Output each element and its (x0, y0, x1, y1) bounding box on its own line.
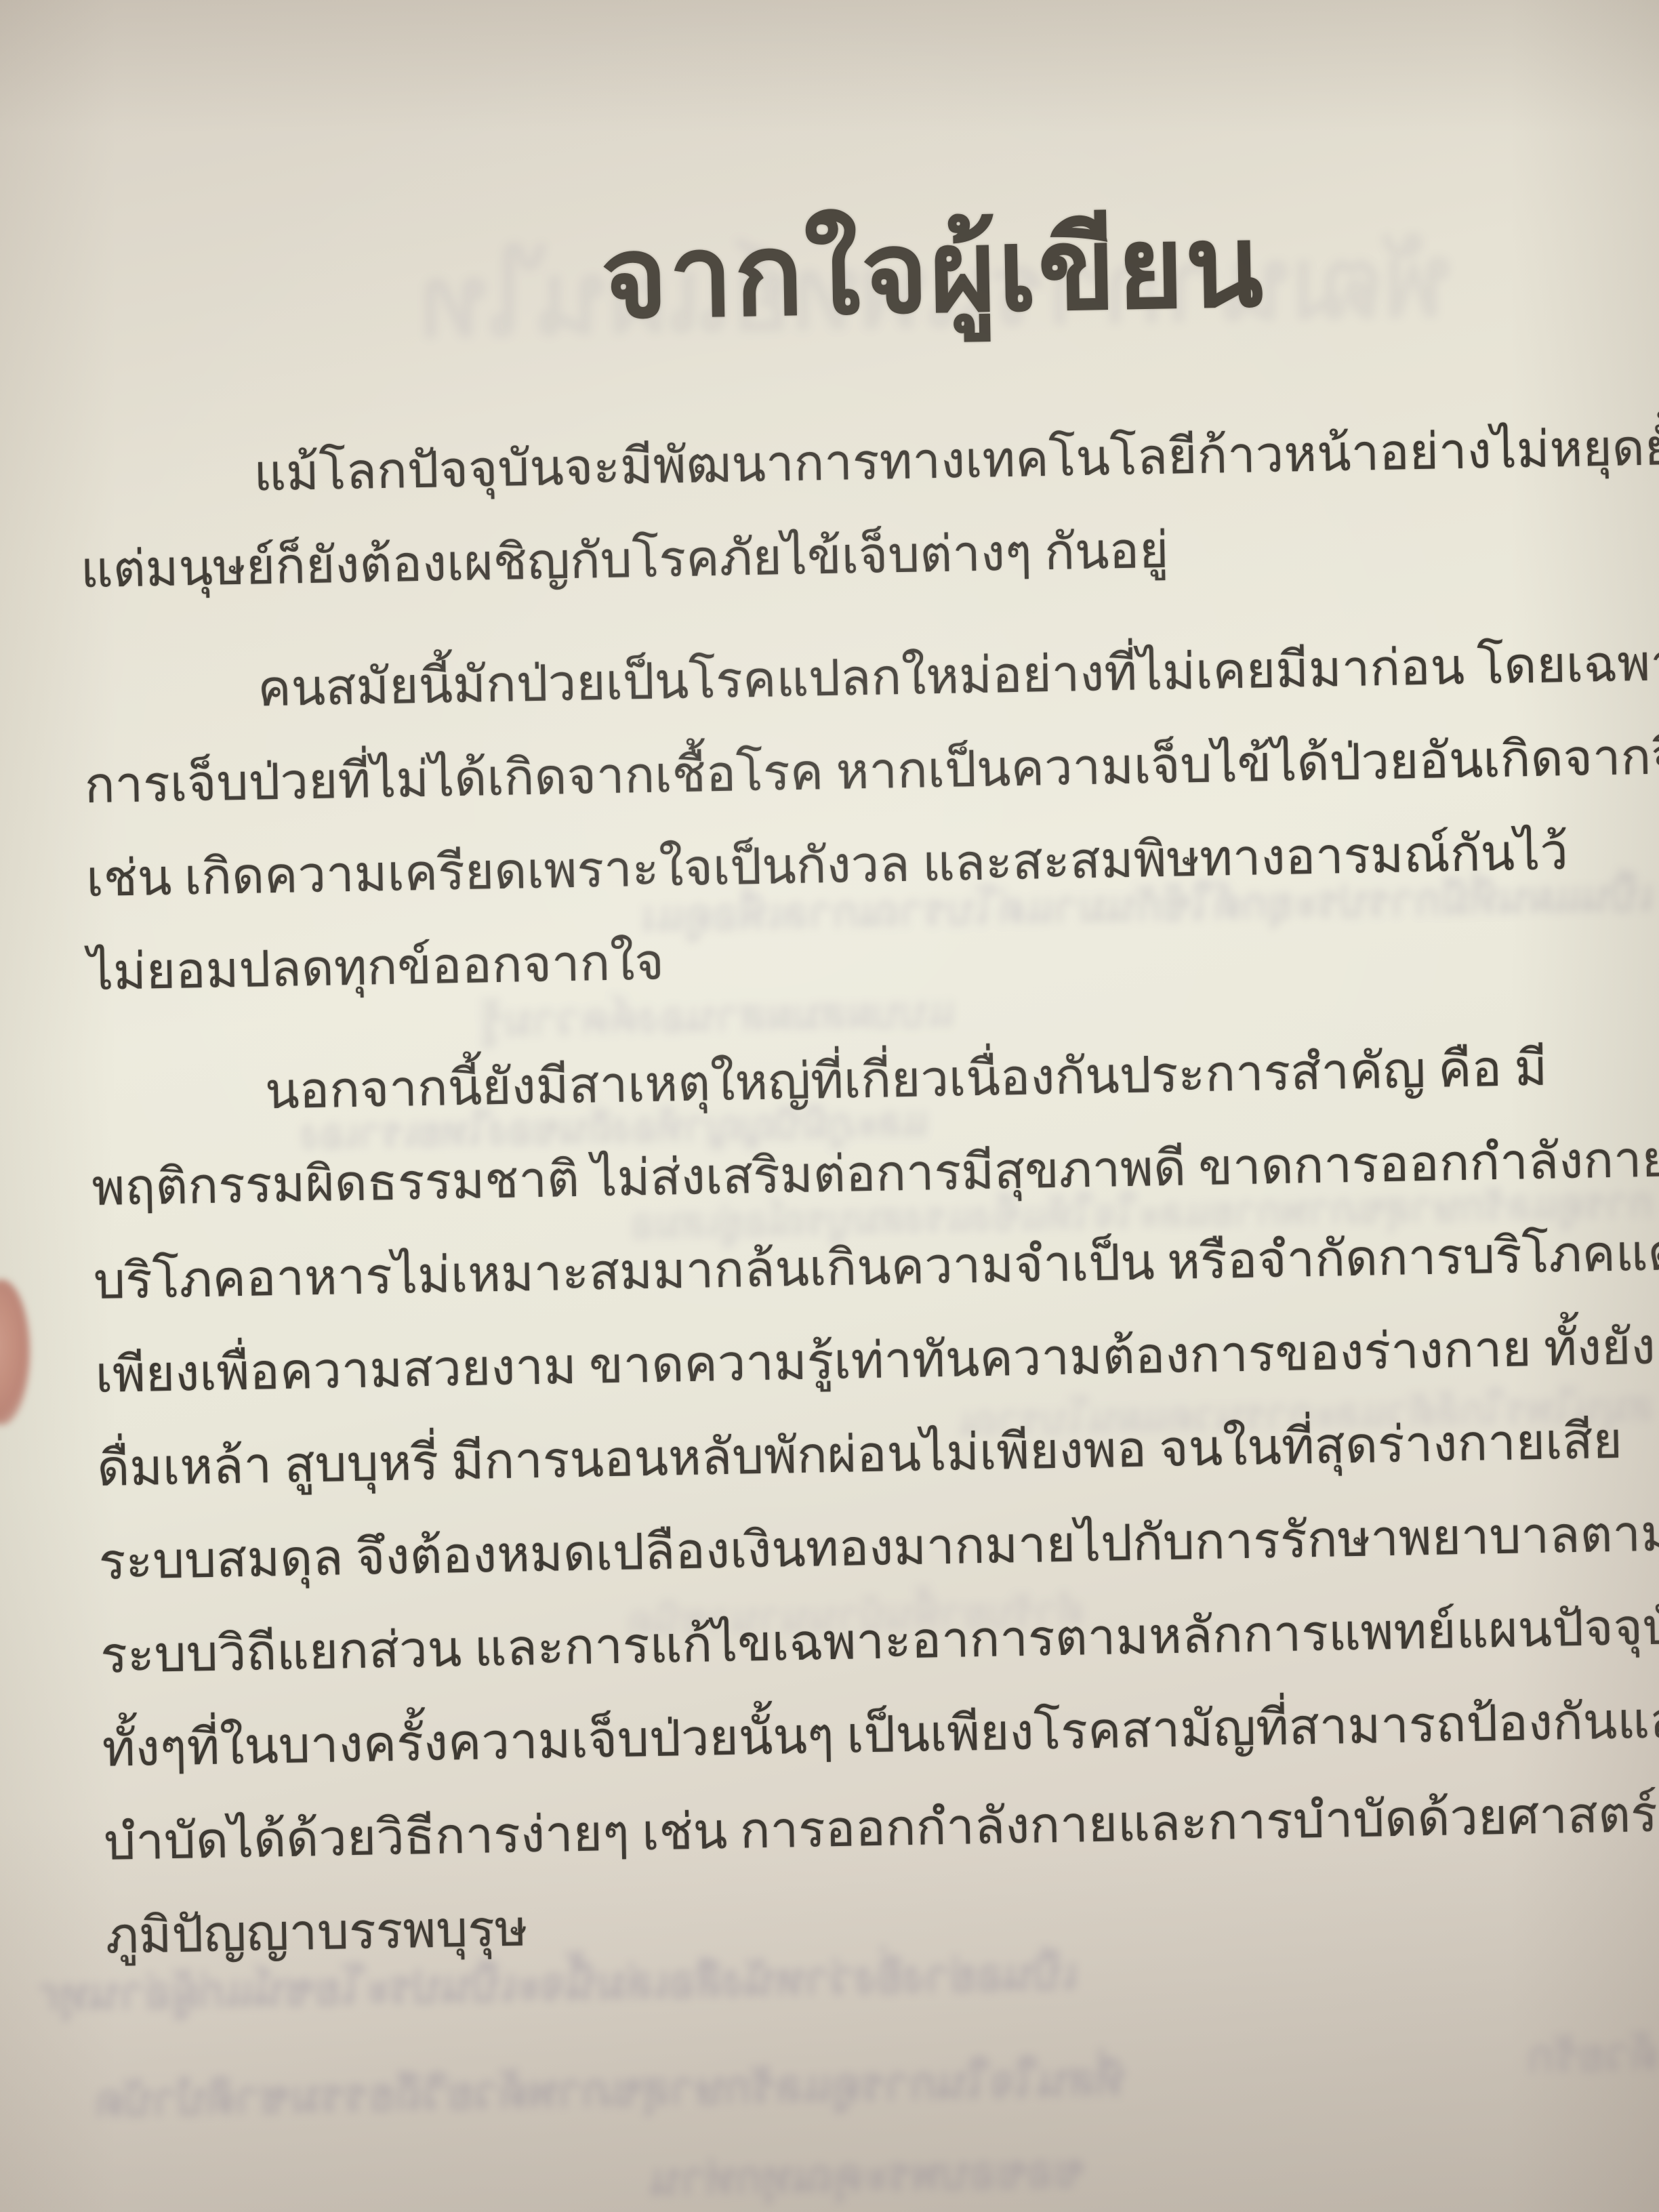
paragraph-1: แม้โลกปัจจุบันจะมีพัฒนาการทางเทคโนโลยีก้… (78, 401, 1659, 617)
fingertip (0, 1279, 30, 1425)
book-page-photo: พัฒนาการแพทย์แผนไทย เป็นแผนที่มีการประยุ… (0, 0, 1659, 2212)
body-text: แม้โลกปัจจุบันจะมีพัฒนาการทางเทคโนโลยีก้… (78, 401, 1659, 1984)
paragraph-3: นอกจากนี้ยังมีสาเหตุใหญ่ที่เกี่ยวเนื่องก… (89, 1019, 1659, 1984)
ghost-showthrough-line: ที่สนใจในการดูแลรักษาสุขภาพด้วยวิถีธรรมช… (41, 2043, 1125, 2137)
page-content: จากใจผู้เขียน แม้โลกปัจจุบันจะมีพัฒนาการ… (73, 147, 1659, 1984)
paragraph-2: คนสมัยนี้มักป่วยเป็นโรคแปลกใหม่อย่างที่ไ… (82, 616, 1659, 1020)
ghost-showthrough-line: ขอขอบพระคุณทุกท่าน (569, 2135, 1084, 2212)
ghost-showthrough-line: ด้วยรัก (1511, 2018, 1659, 2093)
page-title: จากใจผู้เขียน (117, 146, 1659, 420)
